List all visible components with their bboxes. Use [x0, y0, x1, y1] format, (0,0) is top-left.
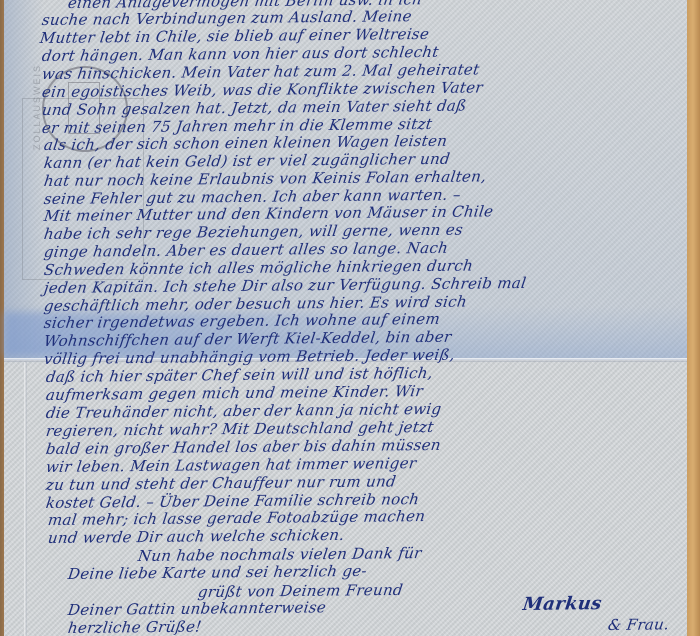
- letter-line: Deiner Gattin unbekannterweise: [67, 598, 327, 619]
- wood-table-edge: [686, 0, 700, 636]
- signature-name: Markus: [522, 593, 603, 615]
- signature-with: & Frau.: [607, 615, 671, 634]
- letter-line: und werde Dir auch welche schicken.: [47, 526, 346, 547]
- letter-line: herzliche Grüße!: [67, 618, 203, 636]
- letter-photo: ZOLLAUSWEIS einen Anlagevermögen mit Ber…: [0, 0, 700, 636]
- letter-line: Deine liebe Karte und sei herzlich ge-: [67, 562, 368, 583]
- vertical-fold-line: [24, 362, 27, 636]
